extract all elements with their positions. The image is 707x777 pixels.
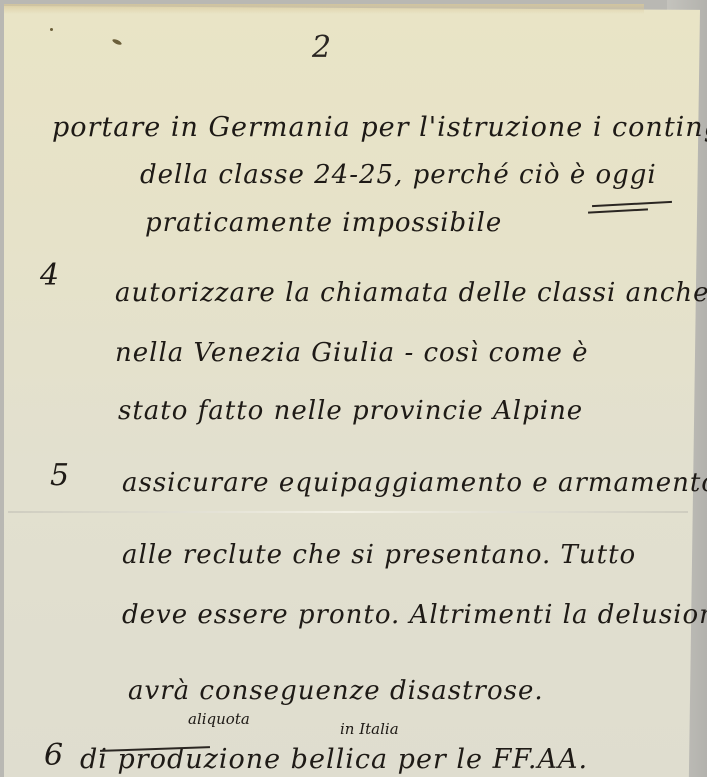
text-line-6: stato fatto nelle provincie Alpine [118,396,583,426]
interlinear-note-in-italia: in Italia [340,720,399,738]
interlinear-note-aliquota: aliquota [188,710,250,728]
text-line-3: praticamente impossibile [145,208,502,238]
text-line-7: assicurare equipaggiamento e armamento [122,468,707,498]
paper-fold-crease [8,511,688,513]
text-line-10: avrà conseguenze disastrose. [128,676,544,706]
ink-speck [50,28,53,31]
text-line-2: della classe 24-25, perché ciò è oggi [140,160,657,190]
text-line-1: portare in Germania per l'istruzione i c… [52,112,707,143]
page-number: 2 [312,30,331,65]
text-line-8: alle reclute che si presentano. Tutto [122,540,636,570]
item-marker-4: 4 [40,258,59,293]
item-marker-6: 6 [44,738,63,773]
item-marker-5: 5 [50,458,69,493]
paper-stain [4,4,644,14]
text-line-4: autorizzare la chiamata delle classi anc… [115,278,707,308]
text-line-9: deve essere pronto. Altrimenti la delusi… [122,600,707,630]
text-line-5: nella Venezia Giulia - così come è [115,338,589,368]
